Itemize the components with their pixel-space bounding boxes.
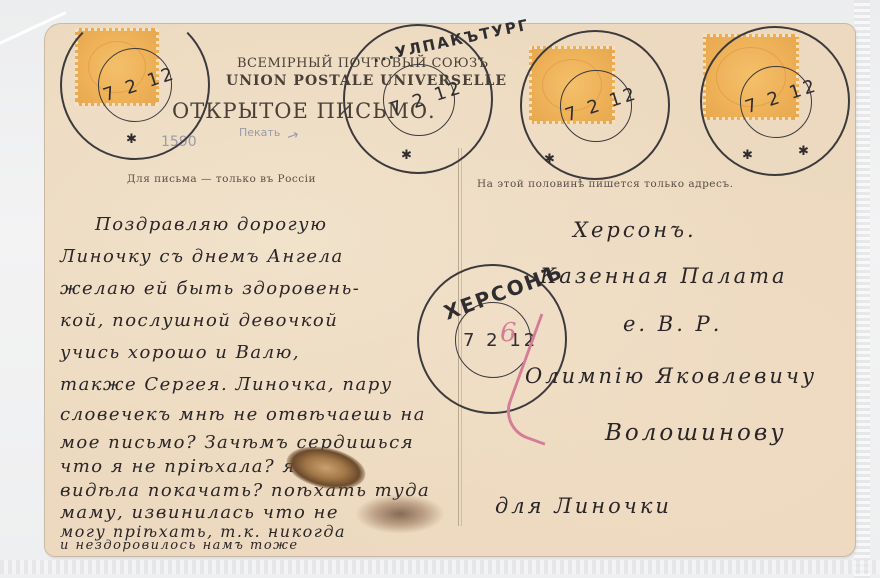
pencil-note: Пекать (239, 126, 280, 139)
message-line: также Сергея. Линочка, пару (60, 374, 393, 395)
address-city: Херсонъ. (573, 218, 697, 242)
sleeve-edge-bottom (0, 560, 880, 574)
message-line: желаю ей быть здоровень- (60, 278, 360, 299)
postmark-departure-4: 7 2 12 ✱ ✱ (700, 26, 850, 176)
right-caption: На этой половинѣ пишется только адресъ. (477, 178, 733, 190)
message-line: словечекъ мнѣ не отвѣчаешь на (60, 404, 426, 425)
message-line: Линочку съ днемъ Ангела (60, 246, 344, 267)
red-crayon-mark: 6 (500, 318, 517, 348)
postmark-departure-2: ...УЛПАКЪТУРГ 7 2 12 ✱ (343, 24, 493, 174)
message-line: и нездоровилось намъ тоже (60, 538, 299, 553)
sleeve-edge-right (854, 0, 870, 578)
pencil-arrow-icon: → (285, 126, 301, 145)
message-line: маму, извинилась что не (60, 502, 339, 523)
message-line: мое письмо? Зачѣмъ сердишься (60, 432, 414, 453)
message-line: учись хорошо и Валю, (60, 342, 300, 363)
address-recipient-name: Олимпію Яковлевичу (525, 364, 817, 388)
postmark-departure-3: 7 2 12 ✱ (520, 30, 670, 180)
message-line: Поздравляю дорогую (95, 214, 327, 235)
message-line: кой, послушной девочкой (60, 310, 338, 331)
address-recipient-surname: Волошинову (605, 420, 787, 446)
postmark-departure-1: 7 2 12 ✱ (60, 10, 210, 160)
postcard: ВСЕМІРНЫЙ ПОЧТОВЫЙ СОЮЗЪ UNION POSTALE U… (45, 24, 855, 556)
ink-stain-2 (355, 494, 445, 534)
left-caption: Для письма — только въ Россіи (127, 173, 316, 185)
address-line: е. В. Р. (623, 312, 722, 336)
address-line: Казенная Палата (540, 264, 788, 288)
address-attention: для Линочки (495, 494, 672, 518)
